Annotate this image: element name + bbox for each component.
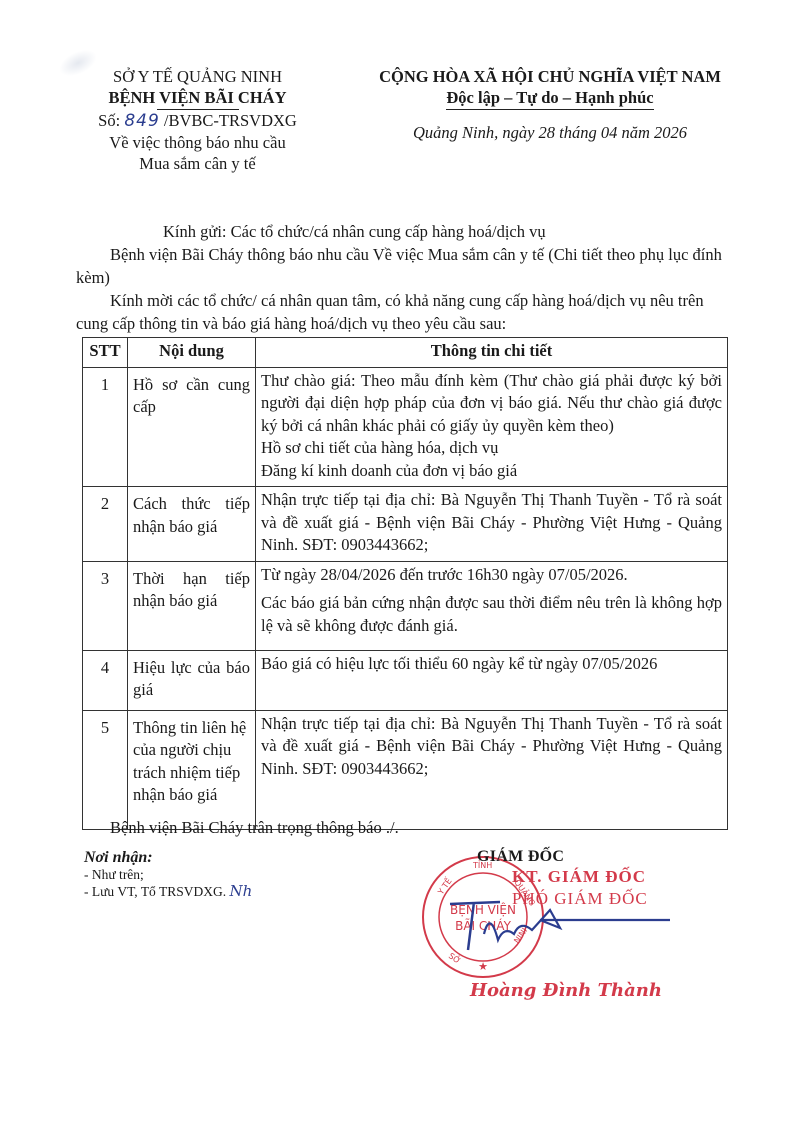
- recipients-block: Nơi nhận: - Như trên; - Lưu VT, Tổ TRSVD…: [84, 848, 252, 900]
- table-row: 1 Hồ sơ cần cung cấp Thư chào giá: Theo …: [83, 367, 728, 487]
- place-date: Quảng Ninh, ngày 28 tháng 04 năm 2026: [345, 122, 755, 143]
- national-motto: Độc lập – Tự do – Hạnh phúc: [446, 87, 653, 110]
- requirements-table: STT Nội dung Thông tin chi tiết 1 Hồ sơ …: [82, 337, 728, 830]
- recipient-item-text: - Lưu VT, Tổ TRSVDXG.: [84, 884, 226, 899]
- row-content: Hồ sơ cần cung cấp: [128, 367, 256, 487]
- number-handwritten: 849: [124, 111, 159, 131]
- subject-line-2: Mua sắm cân y tế: [75, 153, 320, 174]
- recipient-item: - Như trên;: [84, 867, 252, 883]
- detail-line: Các báo giá bản cứng nhận được sau thời …: [261, 592, 722, 637]
- row-content: Cách thức tiếp nhận báo giá: [128, 487, 256, 562]
- row-stt: 5: [83, 710, 128, 829]
- number-label: Số:: [98, 111, 120, 130]
- detail-line: Hồ sơ chi tiết của hàng hóa, dịch vụ: [261, 437, 722, 460]
- document-number: Số: 849 /BVBC-TRSVDXG: [75, 110, 320, 132]
- table-row: 4 Hiệu lực của báo giá Báo giá có hiệu l…: [83, 650, 728, 710]
- row-details: Nhận trực tiếp tại địa chỉ: Bà Nguyễn Th…: [256, 710, 728, 829]
- table-row: 5 Thông tin liên hệ của người chịu trách…: [83, 710, 728, 829]
- signer-name: Hoàng Đình Thành: [470, 980, 662, 1001]
- national-header: CỘNG HÒA XÃ HỘI CHỦ NGHĨA VIỆT NAM Độc l…: [345, 66, 755, 143]
- row-stt: 1: [83, 367, 128, 487]
- hospital-name: BỆNH VIỆN BÃI CHÁY: [75, 87, 320, 108]
- detail-line: Đăng kí kinh doanh của đơn vị báo giá: [261, 460, 722, 483]
- row-details: Nhận trực tiếp tại địa chỉ: Bà Nguyễn Th…: [256, 487, 728, 562]
- handwritten-signature-icon: [440, 890, 670, 960]
- subject-line-1: Về việc thông báo nhu cầu: [75, 132, 320, 153]
- svg-text:★: ★: [478, 960, 488, 973]
- closing-line: Bệnh viện Bãi Cháy trân trọng thông báo …: [110, 818, 399, 838]
- detail-line: Nhận trực tiếp tại địa chỉ: Bà Nguyễn Th…: [261, 713, 722, 781]
- detail-line: Thư chào giá: Theo mẫu đính kèm (Thư chà…: [261, 370, 722, 438]
- stamp-line-1: KT. GIÁM ĐỐC: [512, 866, 648, 888]
- recipients-title: Nơi nhận:: [84, 848, 252, 867]
- ministry-name: SỞ Y TẾ QUẢNG NINH: [75, 66, 320, 87]
- row-details: Thư chào giá: Theo mẫu đính kèm (Thư chà…: [256, 367, 728, 487]
- country-name: CỘNG HÒA XÃ HỘI CHỦ NGHĨA VIỆT NAM: [345, 66, 755, 87]
- row-stt: 4: [83, 650, 128, 710]
- header-content: Nội dung: [128, 338, 256, 368]
- header-stt: STT: [83, 338, 128, 368]
- table-row: 3 Thời hạn tiếp nhận báo giá Từ ngày 28/…: [83, 561, 728, 650]
- header-details: Thông tin chi tiết: [256, 338, 728, 368]
- signer-title: GIÁM ĐỐC: [477, 848, 564, 866]
- row-details: Từ ngày 28/04/2026 đến trước 16h30 ngày …: [256, 561, 728, 650]
- table-row: 2 Cách thức tiếp nhận báo giá Nhận trực …: [83, 487, 728, 562]
- issuer-header: SỞ Y TẾ QUẢNG NINH BỆNH VIỆN BÃI CHÁY Số…: [75, 66, 320, 174]
- handwritten-initials: Nh: [229, 882, 252, 900]
- table-header-row: STT Nội dung Thông tin chi tiết: [83, 338, 728, 368]
- number-suffix: /BVBC-TRSVDXG: [164, 111, 297, 130]
- recipient-item: - Lưu VT, Tổ TRSVDXG. Nh: [84, 883, 252, 900]
- detail-line: Từ ngày 28/04/2026 đến trước 16h30 ngày …: [261, 564, 722, 587]
- paragraph-invitation: Kính mời các tổ chức/ cá nhân quan tâm, …: [76, 289, 736, 335]
- row-content: Hiệu lực của báo giá: [128, 650, 256, 710]
- row-stt: 2: [83, 487, 128, 562]
- detail-line: Nhận trực tiếp tại địa chỉ: Bà Nguyễn Th…: [261, 489, 722, 557]
- detail-line: Báo giá có hiệu lực tối thiểu 60 ngày kể…: [261, 653, 722, 676]
- row-details: Báo giá có hiệu lực tối thiểu 60 ngày kể…: [256, 650, 728, 710]
- row-stt: 3: [83, 561, 128, 650]
- recipient-line: Kính gửi: Các tổ chức/cá nhân cung cấp h…: [163, 220, 743, 243]
- row-content: Thông tin liên hệ của người chịu trách n…: [128, 710, 256, 829]
- row-content: Thời hạn tiếp nhận báo giá: [128, 561, 256, 650]
- paragraph-intro: Bệnh viện Bãi Cháy thông báo nhu cầu Về …: [76, 243, 736, 289]
